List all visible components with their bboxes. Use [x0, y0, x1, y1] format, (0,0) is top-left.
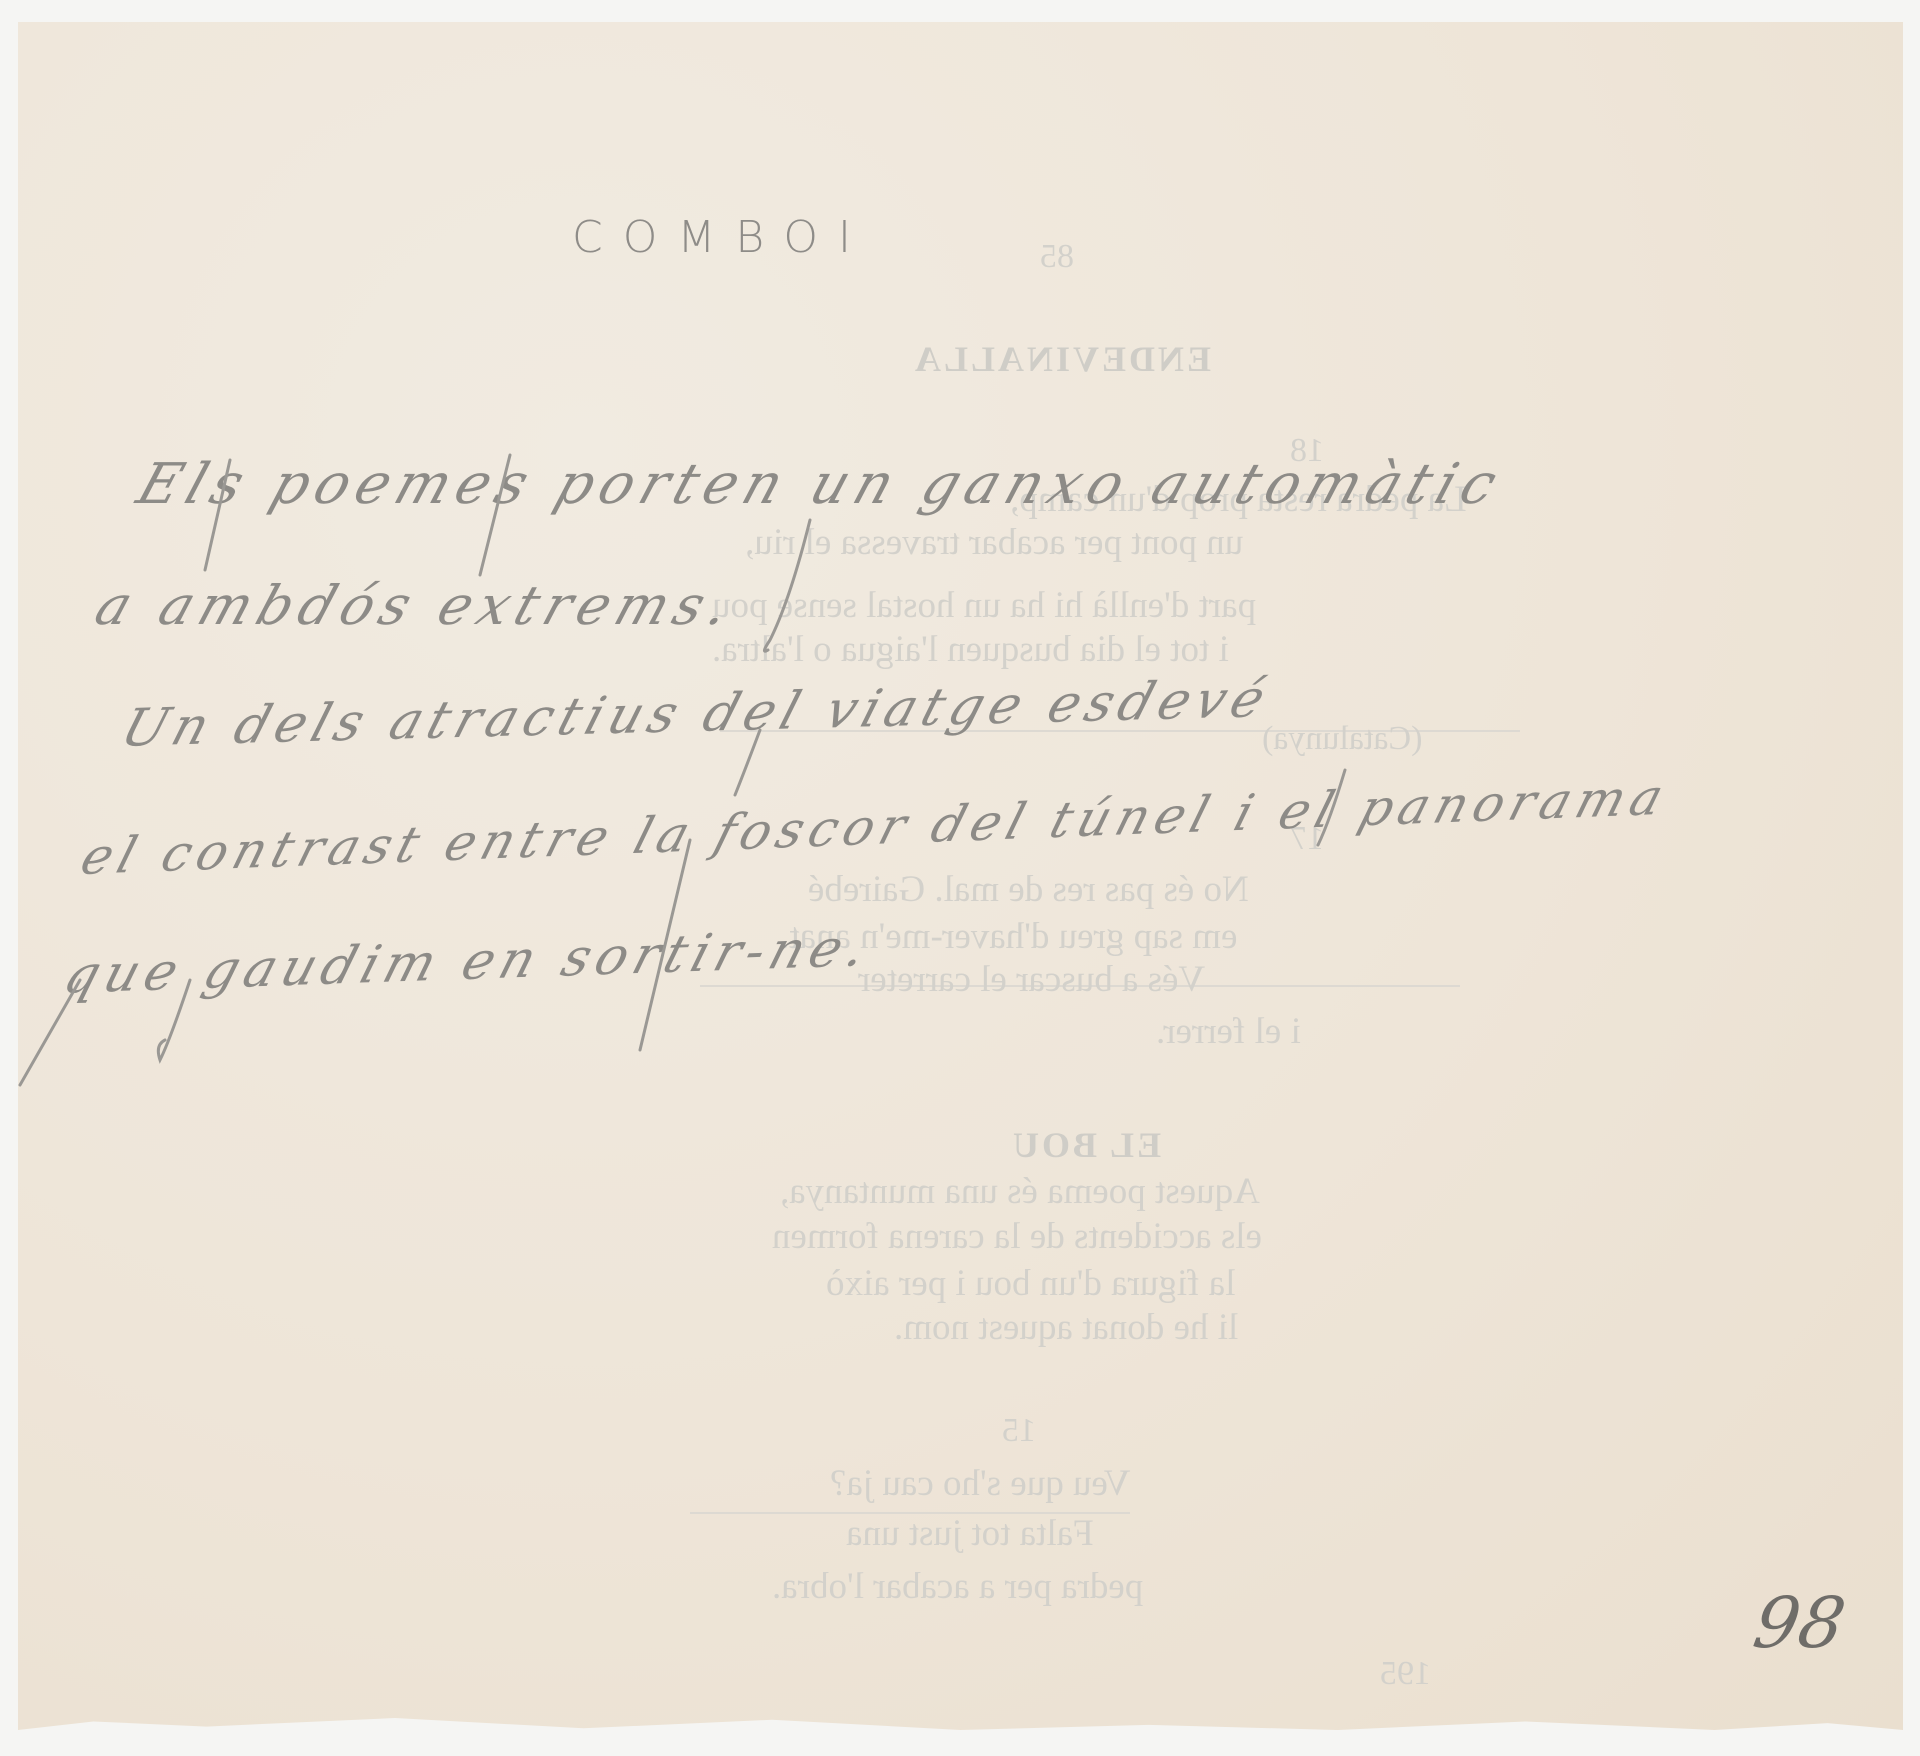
pencil-strokes [0, 0, 1920, 1756]
folio-number: 98 [1748, 1582, 1852, 1664]
